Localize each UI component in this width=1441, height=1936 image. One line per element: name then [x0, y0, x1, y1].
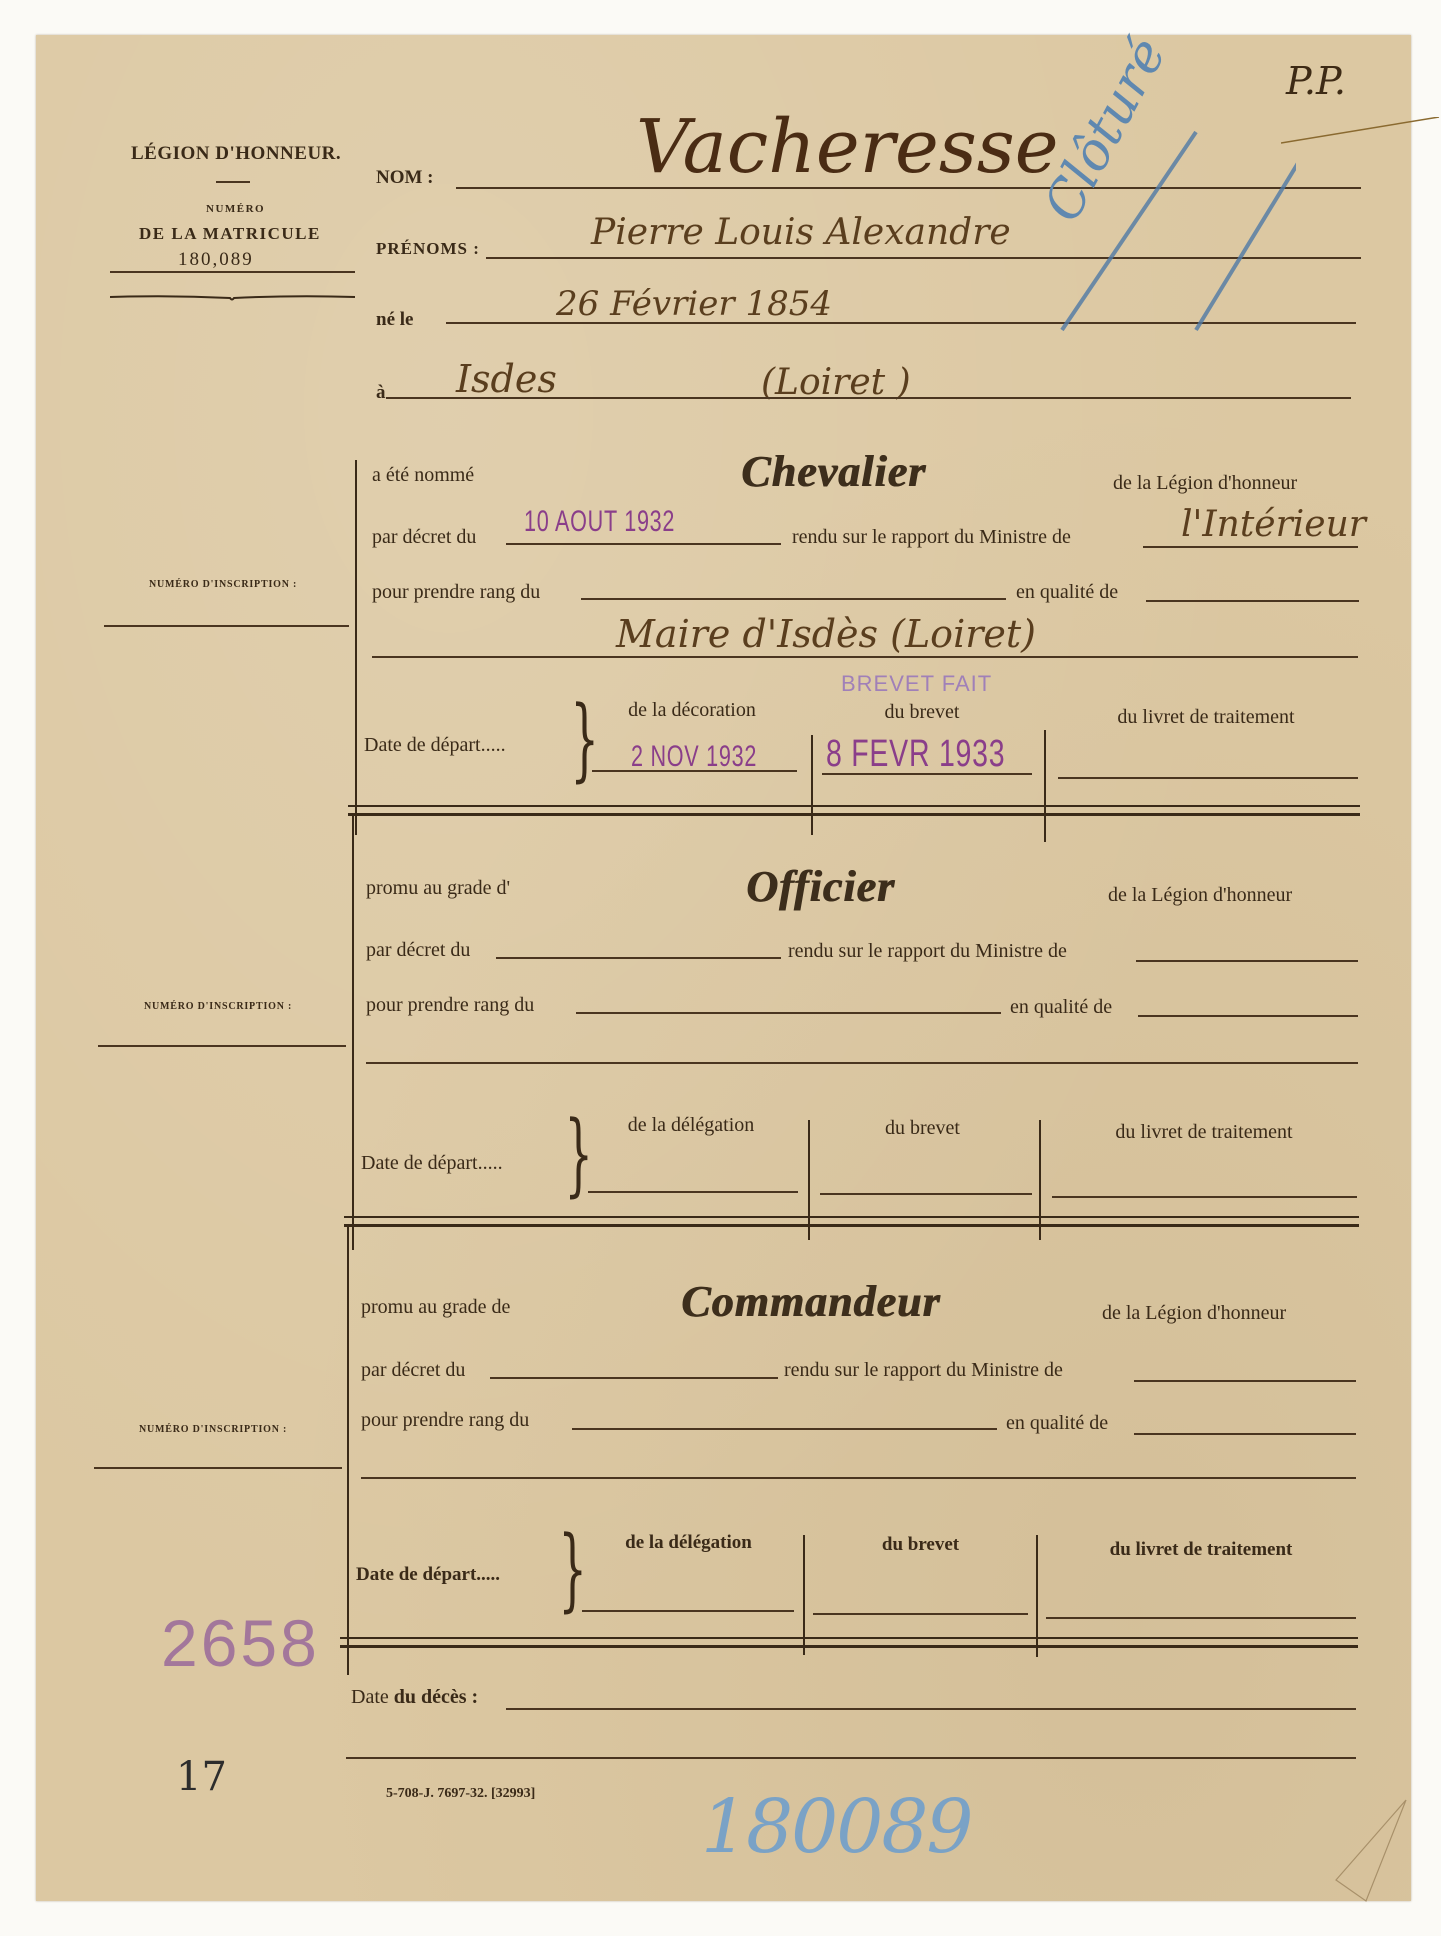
chevalier-intro: a été nommé	[372, 465, 474, 485]
ne-le-value[interactable]: 26 Février 1854	[556, 287, 832, 321]
chevalier-qualite-label: en qualité de	[1016, 582, 1118, 602]
officier-rapport-line[interactable]	[1136, 960, 1358, 962]
corner-initials: P.P.	[1286, 62, 1346, 100]
commandeur-depart-label: Date de départ.....	[356, 1565, 500, 1584]
commandeur-col1-label: de la délégation	[581, 1533, 796, 1552]
inscription-label-1: NUMÉRO D'INSCRIPTION :	[149, 580, 297, 590]
commandeur-qualite-line-2[interactable]	[361, 1477, 1356, 1479]
a-label: à	[376, 383, 386, 402]
nom-value[interactable]: Vacheresse	[636, 110, 1059, 184]
officier-qualite-line-2[interactable]	[366, 1062, 1358, 1064]
officier-col1-label: de la délégation	[586, 1115, 796, 1135]
chevalier-col3-line[interactable]	[1058, 777, 1358, 779]
chevalier-rapport-line	[1143, 546, 1358, 548]
blue-number: 180089	[701, 1790, 972, 1864]
matricule-number: 180,089	[178, 250, 254, 269]
chevalier-qualite-value[interactable]: Maire d'Isdès (Loiret)	[616, 615, 1036, 653]
commandeur-col3-label: du livret de traitement	[1046, 1540, 1356, 1559]
inscription-line-3[interactable]	[94, 1467, 342, 1469]
chevalier-decret-value[interactable]: 10 AOUT 1932	[524, 507, 675, 537]
deces-label-plain: Date	[351, 1686, 394, 1708]
matricule-label-top: NUMÉRO	[206, 204, 265, 215]
commandeur-col3-line[interactable]	[1046, 1617, 1356, 1619]
chevalier-decret-line	[506, 543, 781, 545]
commandeur-grade: Commandeur	[681, 1280, 940, 1324]
commandeur-qualite-label: en qualité de	[1006, 1413, 1108, 1433]
a-line	[386, 397, 1351, 399]
pencil-number: 17	[176, 1757, 227, 1797]
chevalier-col1-line	[592, 770, 797, 772]
print-reference: 5-708-J. 7697-32. [32993]	[386, 1787, 535, 1801]
officier-rang-line[interactable]	[576, 1012, 1001, 1014]
chevalier-rapport-label: rendu sur le rapport du Ministre de	[792, 527, 1071, 547]
chevalier-rapport-value[interactable]: l'Intérieur	[1181, 507, 1366, 543]
prenoms-value[interactable]: Pierre Louis Alexandre	[591, 215, 1011, 251]
a-value-dept[interactable]: (Loiret )	[761, 365, 911, 401]
matricule-underline	[110, 271, 355, 273]
chevalier-col-divider-1	[811, 735, 813, 835]
officier-decret-label: par décret du	[366, 940, 470, 960]
commandeur-decret-line[interactable]	[490, 1377, 778, 1379]
commandeur-rang-label: pour prendre rang du	[361, 1410, 529, 1430]
ne-le-label: né le	[376, 310, 413, 329]
officier-col3-line[interactable]	[1052, 1196, 1357, 1198]
nom-label: NOM :	[376, 168, 434, 187]
commandeur-intro: promu au grade de	[361, 1297, 510, 1317]
chevalier-col2-label: du brevet	[822, 702, 1022, 722]
chevalier-col2-value[interactable]: 8 FEVR 1933	[826, 735, 1005, 773]
stamp-number: 2658	[161, 1610, 320, 1676]
officier-col1-line[interactable]	[588, 1191, 798, 1193]
inscription-label-3: NUMÉRO D'INSCRIPTION :	[139, 1425, 287, 1435]
chevalier-bracket	[355, 460, 357, 835]
chevalier-section-rule	[348, 805, 1360, 816]
chevalier-qualite-line-2	[372, 656, 1358, 658]
chevalier-rang-label: pour prendre rang du	[372, 582, 540, 602]
prenoms-label: PRÉNOMS :	[376, 240, 480, 257]
commandeur-col2-label: du brevet	[813, 1535, 1028, 1554]
commandeur-rapport-label: rendu sur le rapport du Ministre de	[784, 1360, 1063, 1380]
officier-bracket	[352, 815, 354, 1250]
inscription-line-1[interactable]	[104, 625, 349, 627]
commandeur-rang-line[interactable]	[572, 1428, 997, 1430]
brevet-fait-stamp: BREVET FAIT	[841, 673, 992, 695]
chevalier-rang-line[interactable]	[581, 598, 1006, 600]
commandeur-col1-line[interactable]	[582, 1610, 794, 1612]
chevalier-col1-value[interactable]: 2 NOV 1932	[631, 742, 757, 772]
commandeur-rapport-line[interactable]	[1134, 1380, 1356, 1382]
document-title: LÉGION D'HONNEUR.	[131, 144, 341, 163]
inscription-label-2: NUMÉRO D'INSCRIPTION :	[144, 1002, 292, 1012]
officier-qualite-line[interactable]	[1138, 1015, 1358, 1017]
officier-grade: Officier	[746, 865, 895, 909]
chevalier-col-divider-2	[1044, 730, 1046, 842]
commandeur-col2-line[interactable]	[813, 1613, 1028, 1615]
officier-col2-label: du brevet	[820, 1118, 1025, 1138]
officier-rapport-label: rendu sur le rapport du Ministre de	[788, 941, 1067, 961]
officier-col2-line[interactable]	[820, 1193, 1032, 1195]
officier-qualite-label: en qualité de	[1010, 997, 1112, 1017]
commandeur-suffix: de la Légion d'honneur	[1102, 1303, 1286, 1323]
chevalier-col2-line	[822, 773, 1032, 775]
officier-intro: promu au grade d'	[366, 878, 510, 898]
matricule-flourish	[110, 289, 355, 297]
commandeur-section-rule	[340, 1637, 1358, 1648]
chevalier-decret-label: par décret du	[372, 527, 476, 547]
a-value-town[interactable]: Isdes	[456, 360, 557, 398]
officier-depart-label: Date de départ.....	[361, 1153, 503, 1173]
officier-section-rule	[344, 1216, 1359, 1227]
chevalier-col1-label: de la décoration	[592, 700, 792, 720]
commandeur-decret-label: par décret du	[361, 1360, 465, 1380]
inscription-line-2[interactable]	[98, 1045, 346, 1047]
chevalier-suffix: de la Légion d'honneur	[1113, 473, 1297, 493]
chevalier-depart-label: Date de départ.....	[364, 735, 506, 755]
title-rule	[216, 181, 250, 183]
officier-rang-label: pour prendre rang du	[366, 995, 534, 1015]
commandeur-bracket	[347, 1225, 349, 1675]
commandeur-qualite-line[interactable]	[1134, 1433, 1356, 1435]
matricule-label: DE LA MATRICULE	[139, 225, 321, 242]
chevalier-qualite-line	[1146, 600, 1359, 602]
officier-col3-label: du livret de traitement	[1054, 1122, 1354, 1142]
deces-line-2[interactable]	[346, 1757, 1356, 1759]
document-page: LÉGION D'HONNEUR. NUMÉRO DE LA MATRICULE…	[36, 35, 1411, 1901]
folded-corner	[1326, 1795, 1416, 1910]
chevalier-grade: Chevalier	[741, 450, 926, 494]
chevalier-col3-label: du livret de traitement	[1056, 707, 1356, 727]
officier-decret-line[interactable]	[496, 957, 781, 959]
deces-line[interactable]	[506, 1708, 1356, 1710]
officier-suffix: de la Légion d'honneur	[1108, 885, 1292, 905]
deces-label: Date du décès :	[351, 1687, 478, 1707]
corner-rule	[1281, 117, 1441, 152]
deces-label-bold: du décès :	[394, 1686, 478, 1708]
